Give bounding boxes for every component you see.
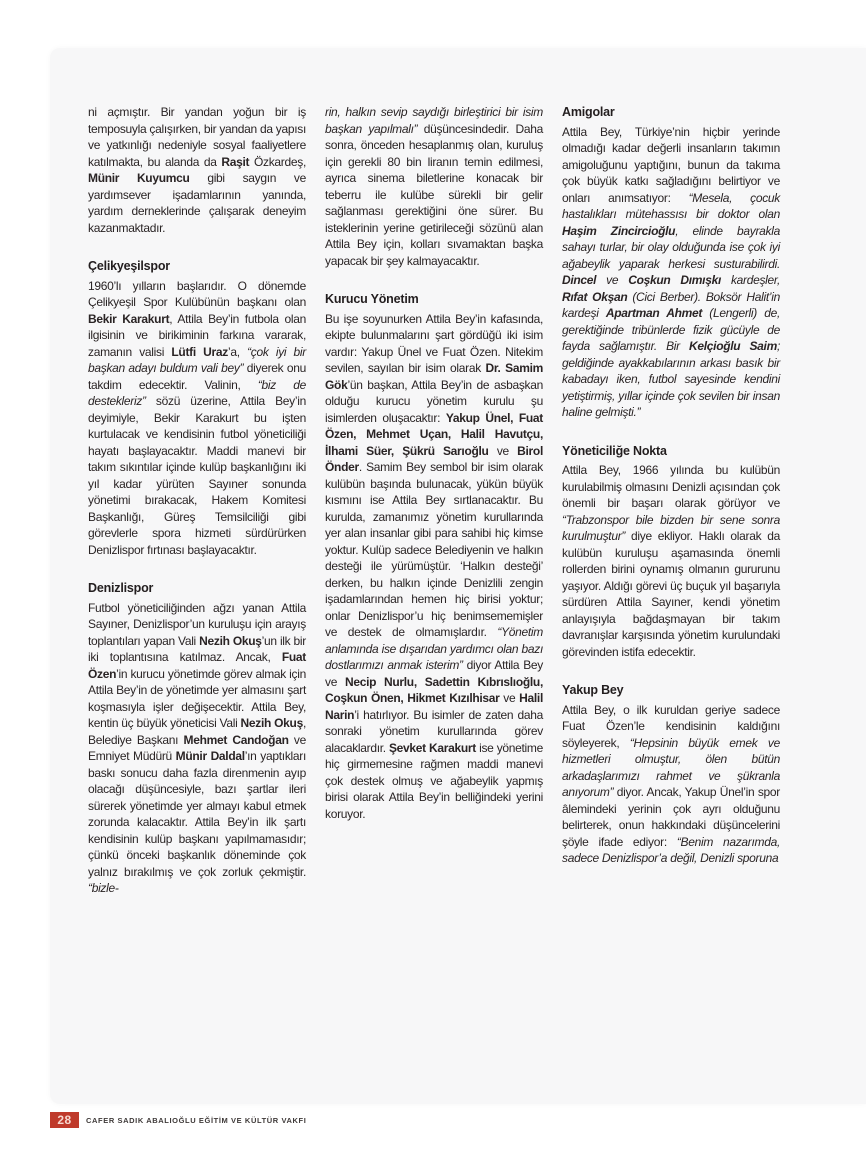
paragraph: rin, halkın sevip saydığı birleştirici b… bbox=[325, 104, 543, 269]
paragraph: Bu işe soyunurken Attila Bey’in kafasınd… bbox=[325, 311, 543, 823]
text-segment: Haşim Zincircioğlu bbox=[562, 224, 675, 238]
text-segment: düşüncesindedir. Daha sonra, önceden hes… bbox=[325, 122, 543, 268]
text-segment: sözü üzerine, Attila Bey’in deyimiyle, B… bbox=[88, 394, 306, 557]
section-heading: Denizlispor bbox=[88, 580, 306, 597]
text-segment: diye ekliyor. Haklı olarak da kulübün ku… bbox=[562, 529, 780, 659]
text-segment: ve bbox=[596, 273, 628, 287]
text-segment: Dincel bbox=[562, 273, 596, 287]
text-column-3: AmigolarAttila Bey, Türkiye’nin hiçbir y… bbox=[562, 104, 780, 1092]
book-page: ni açmıştır. Bir yandan yoğun bir iş tem… bbox=[50, 48, 866, 1104]
text-segment: Nezih Okuş bbox=[199, 634, 262, 648]
text-segment: Bekir Karakurt bbox=[88, 312, 169, 326]
text-segment: Mehmet Candoğan bbox=[184, 733, 289, 747]
text-segment: 1960’lı yılların başlarıdır. O dönemde Ç… bbox=[88, 279, 306, 310]
paragraph: Attila Bey, 1966 yılında bu kulübün kuru… bbox=[562, 462, 780, 660]
text-segment: Münir Daldal bbox=[176, 749, 245, 763]
text-segment: Münir Kuyumcu bbox=[88, 171, 190, 185]
text-column-1: ni açmıştır. Bir yandan yoğun bir iş tem… bbox=[88, 104, 306, 1092]
paragraph: 1960’lı yılların başlarıdır. O dönemde Ç… bbox=[88, 278, 306, 559]
text-segment: Raşit bbox=[221, 155, 249, 169]
paragraph: Attila Bey, o ilk kuruldan geriye sadece… bbox=[562, 702, 780, 867]
text-segment: “bizle- bbox=[88, 881, 119, 895]
paragraph: ni açmıştır. Bir yandan yoğun bir iş tem… bbox=[88, 104, 306, 236]
text-segment: Rıfat Okşan bbox=[562, 290, 627, 304]
text-segment: Kelçioğlu Saim bbox=[689, 339, 777, 353]
text-segment: Lütfi Uraz bbox=[171, 345, 228, 359]
paragraph: Attila Bey, Türkiye’nin hiçbir yerinde o… bbox=[562, 124, 780, 421]
text-segment: Özkardeş, bbox=[249, 155, 306, 169]
text-segment: Apartman Ahmet bbox=[606, 306, 702, 320]
section-heading: Kurucu Yönetim bbox=[325, 291, 543, 308]
text-segment: . Samim Bey sembol bir isim olarak kulüb… bbox=[325, 460, 543, 639]
paragraph: Futbol yöneticiliğinden ağzı yanan Attil… bbox=[88, 600, 306, 897]
section-heading: Çelikyeşilspor bbox=[88, 258, 306, 275]
text-segment: Şevket Karakurt bbox=[389, 741, 476, 755]
text-segment: ’a, bbox=[228, 345, 247, 359]
text-segment: ve bbox=[500, 691, 520, 705]
text-columns: ni açmıştır. Bir yandan yoğun bir iş tem… bbox=[88, 104, 782, 1092]
text-segment: Attila Bey, 1966 yılında bu kulübün kuru… bbox=[562, 463, 780, 510]
page-number: 28 bbox=[57, 1113, 71, 1127]
section-heading: Yakup Bey bbox=[562, 682, 780, 699]
page-number-badge: 28 bbox=[50, 1112, 79, 1128]
footer-publisher-label: CAFER SADIK ABALIOĞLU EĞİTİM VE KÜLTÜR V… bbox=[86, 1115, 306, 1125]
text-segment: Coşkun Dımışkı bbox=[628, 273, 721, 287]
text-segment: ve bbox=[489, 444, 518, 458]
text-segment: ’ın yaptıkları baskı sonucu daha fazla d… bbox=[88, 749, 306, 879]
section-heading: Yöneticiliğe Nokta bbox=[562, 443, 780, 460]
text-segment: Nezih Okuş bbox=[241, 716, 303, 730]
section-heading: Amigolar bbox=[562, 104, 780, 121]
text-column-2: rin, halkın sevip saydığı birleştirici b… bbox=[325, 104, 543, 1092]
text-segment: kardeşler, bbox=[721, 273, 780, 287]
page-footer: 28 CAFER SADIK ABALIOĞLU EĞİTİM VE KÜLTÜ… bbox=[50, 1112, 306, 1128]
